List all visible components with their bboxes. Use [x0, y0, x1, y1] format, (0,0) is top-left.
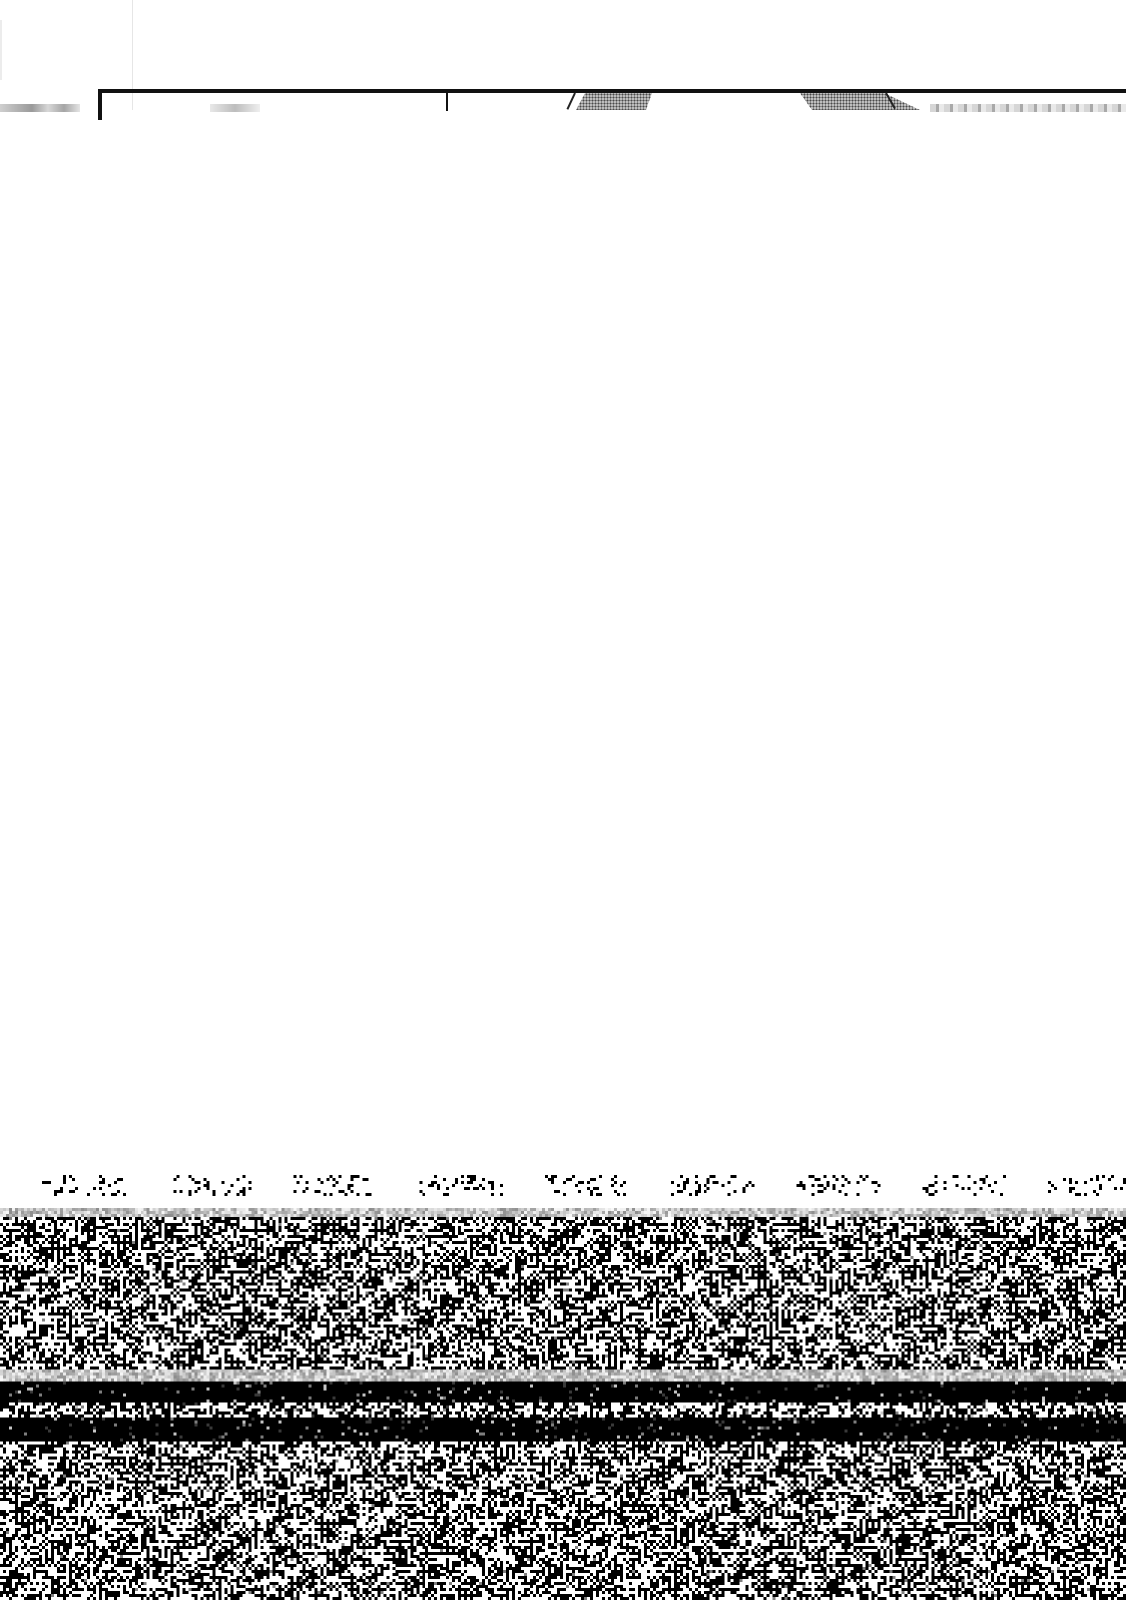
decode-smear-strip [210, 104, 260, 112]
decode-smear-strip [930, 104, 1126, 112]
glitch-noise-region [0, 1160, 1126, 1600]
screentone-shape [576, 93, 652, 110]
corrupted-comic-panel-fragment [0, 0, 1126, 120]
panel-divider [446, 89, 448, 111]
blank-undecoded-area [0, 120, 1126, 1160]
faint-scan-line [0, 20, 2, 80]
noise-canvas [0, 1160, 1126, 1600]
decode-smear-strip [0, 104, 80, 112]
